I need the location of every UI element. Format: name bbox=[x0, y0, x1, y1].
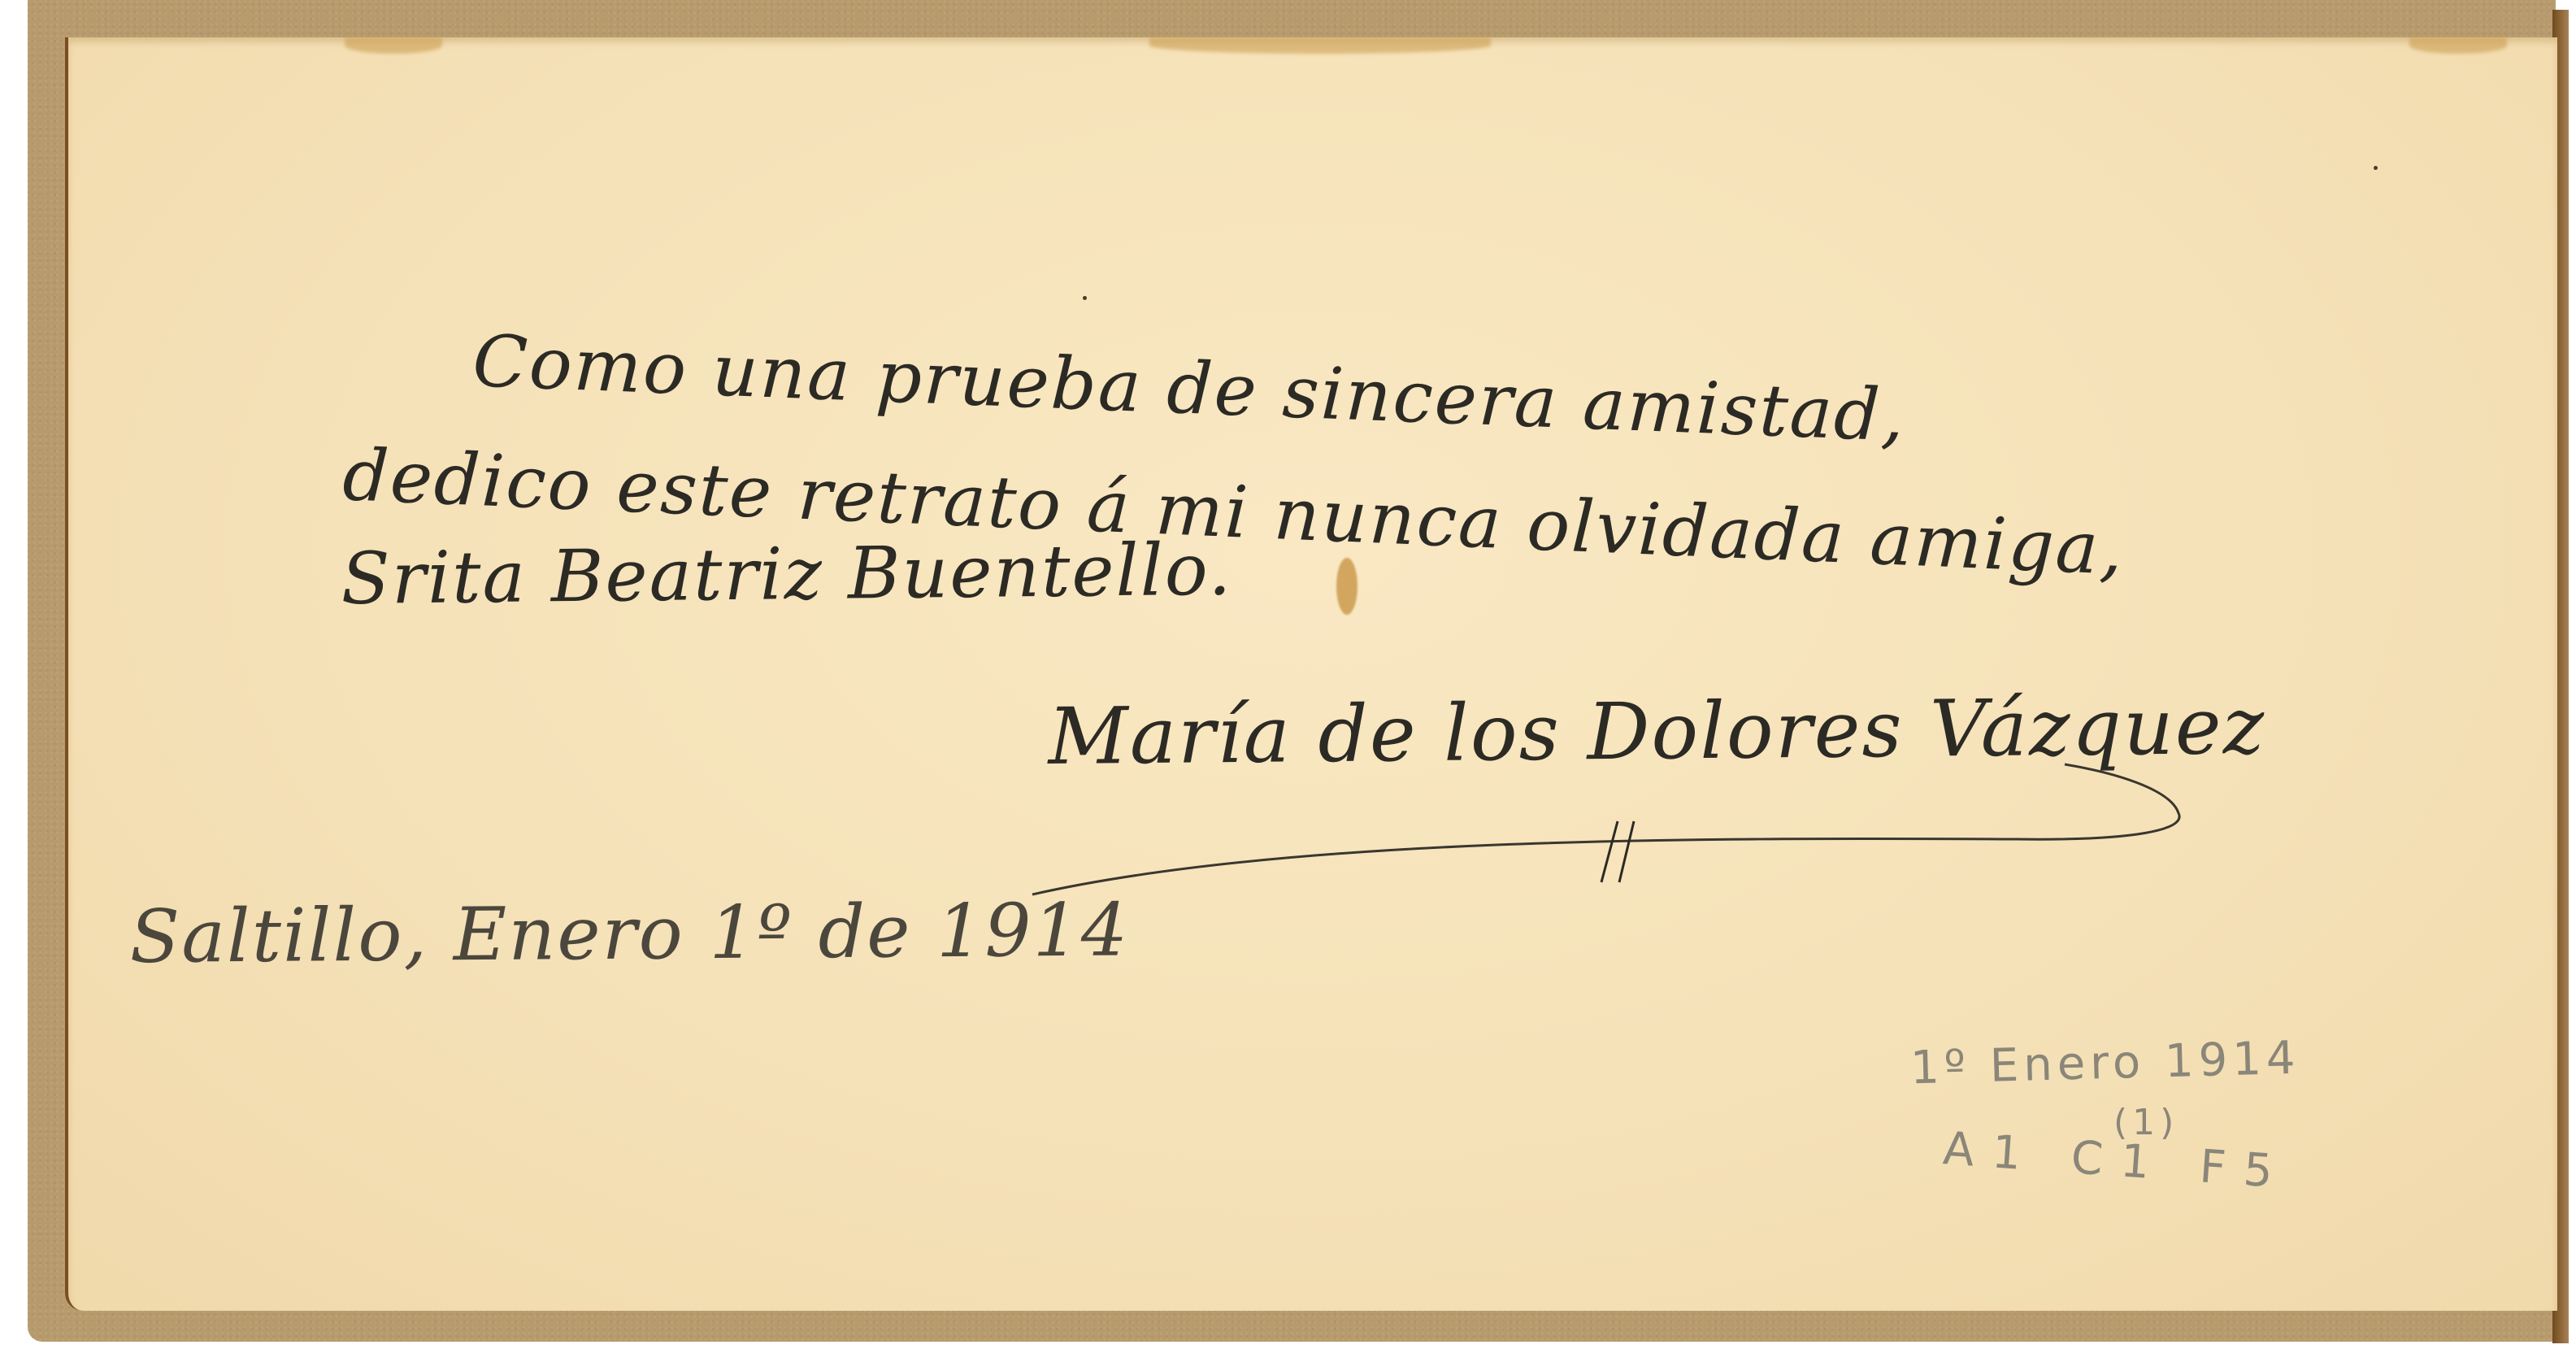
foxing-stain bbox=[1336, 558, 1358, 615]
speck bbox=[2374, 166, 2378, 170]
signature: María de los Dolores Vázquez bbox=[1048, 681, 2266, 782]
archive-date-annotation: 1º Enero 1914 bbox=[1909, 1032, 2300, 1095]
place-date: Saltillo, Enero 1º de 1914 bbox=[129, 887, 1129, 980]
album-page bbox=[65, 37, 2557, 1311]
glue-stain bbox=[1149, 37, 1491, 54]
dedication-line-3: Srita Beatriz Buentello. bbox=[341, 534, 1233, 615]
speck bbox=[1083, 296, 1087, 300]
glue-stain bbox=[2409, 37, 2507, 54]
glue-stain bbox=[345, 37, 442, 54]
